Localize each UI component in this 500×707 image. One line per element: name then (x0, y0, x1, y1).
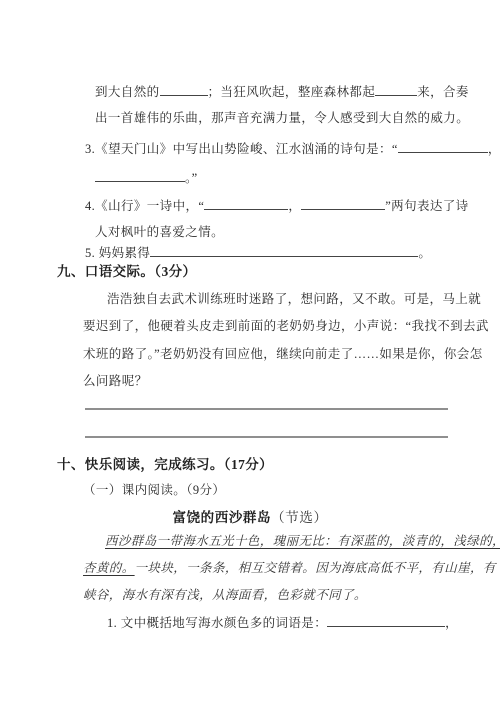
question-3-continuation: 。” (95, 168, 198, 187)
answer-line (85, 436, 448, 438)
question-text: ， (288, 199, 301, 213)
oral-paragraph-line: 术班的路了。”老奶奶没有回应他，继续向前走了……如果是你，你会怎 (83, 346, 483, 363)
section-heading-text: 十、快乐阅读，完成练习。（17分） (57, 457, 273, 472)
section-heading-oral: 九、口语交际。（3分） (57, 263, 196, 280)
passage-title-text: 富饶的西沙群岛 (172, 510, 271, 525)
passage-underlined-text: 西沙群岛一带海水五光十色，瑰丽无比：有深蓝的，淡青的，浅绿的， (105, 534, 500, 548)
question-text: ”两句表达了诗 (385, 199, 468, 213)
answer-blank (204, 196, 288, 210)
answer-blank (301, 196, 385, 210)
question-4-continuation: 人对枫叶的喜爱之情。 (95, 224, 224, 241)
question-text: 。 (418, 246, 431, 260)
question-text: 到大自然的 (95, 85, 160, 99)
paragraph-text: 要迟到了，他硬着头皮走到前面的老奶奶身边，小声说：“我找不到去武 (83, 319, 489, 333)
reading-question-1: 1. 文中概括地写海水颜色多的词语是：， (107, 613, 458, 632)
answer-blank (375, 82, 417, 96)
oral-paragraph-line: 要迟到了，他硬着头皮走到前面的老奶奶身边，小声说：“我找不到去武 (83, 318, 489, 335)
question-text: ， (445, 616, 458, 630)
passage-text: 峡谷，海水有深有浅，从海面看，色彩就不同了。 (83, 588, 367, 602)
oral-paragraph-line: 浩浩独自去武术训练班时迷路了，想问路，又不敢。可是，马上就 (107, 291, 481, 308)
passage-title-note: （节选） (271, 510, 327, 525)
answer-blank (160, 82, 208, 96)
question-5: 5. 妈妈累得。 (85, 243, 431, 262)
text-line: 出一首雄伟的乐曲，那声音充满力量，令人感受到大自然的威力。 (95, 110, 469, 127)
question-text: 出一首雄伟的乐曲，那声音充满力量，令人感受到大自然的威力。 (95, 111, 469, 125)
passage-text: 一块块，一条条，相互交错着。因为海底高低不平，有山崖，有 (135, 561, 496, 575)
question-4: 4.《山行》一诗中，“，”两句表达了诗 (85, 196, 469, 215)
answer-line (85, 408, 448, 410)
question-3: 3.《望天门山》中写出山势险峻、江水汹涌的诗句是：“， (85, 139, 500, 158)
answer-blank (150, 243, 418, 257)
question-text: 3.《望天门山》中写出山势险峻、江水汹涌的诗句是：“ (85, 142, 398, 156)
answer-blank (327, 613, 445, 627)
section-heading-text: 九、口语交际。（3分） (57, 264, 196, 279)
question-text: 人对枫叶的喜爱之情。 (95, 225, 224, 239)
paragraph-text: 浩浩独自去武术训练班时迷路了，想问路，又不敢。可是，马上就 (107, 292, 481, 306)
question-text: 5. 妈妈累得 (85, 246, 150, 260)
question-text: 1. 文中概括地写海水颜色多的词语是： (107, 616, 327, 630)
passage-line: 杏黄的。一块块，一条条，相互交错着。因为海底高低不平，有山崖，有 (83, 560, 496, 577)
question-text: ；当狂风吹起，整座森林都起 (208, 85, 376, 99)
sub-heading-text: （一）课内阅读。（9分） (83, 483, 225, 497)
passage-line: 峡谷，海水有深有浅，从海面看，色彩就不同了。 (83, 587, 367, 604)
question-text: ， (488, 142, 500, 156)
answer-blank (95, 168, 185, 182)
question-text: 4.《山行》一诗中，“ (85, 199, 204, 213)
reading-sub-heading: （一）课内阅读。（9分） (83, 482, 225, 499)
section-heading-reading: 十、快乐阅读，完成练习。（17分） (57, 456, 273, 473)
exam-document-page: 到大自然的；当狂风吹起，整座森林都起来，合奏 出一首雄伟的乐曲，那声音充满力量，… (0, 0, 500, 707)
oral-paragraph-line: 么问路呢？ (83, 373, 148, 390)
question-text: 来，合奏 (417, 85, 469, 99)
passage-line: 西沙群岛一带海水五光十色，瑰丽无比：有深蓝的，淡青的，浅绿的， (105, 533, 500, 550)
question-text: 。” (185, 171, 198, 185)
paragraph-text: 么问路呢？ (83, 374, 148, 388)
passage-underlined-text: 杏黄的。 (83, 561, 135, 575)
text-line: 到大自然的；当狂风吹起，整座森林都起来，合奏 (95, 82, 469, 101)
paragraph-text: 术班的路了。”老奶奶没有回应他，继续向前走了……如果是你，你会怎 (83, 347, 483, 361)
passage-title: 富饶的西沙群岛（节选） (0, 506, 500, 526)
answer-blank (398, 139, 488, 153)
